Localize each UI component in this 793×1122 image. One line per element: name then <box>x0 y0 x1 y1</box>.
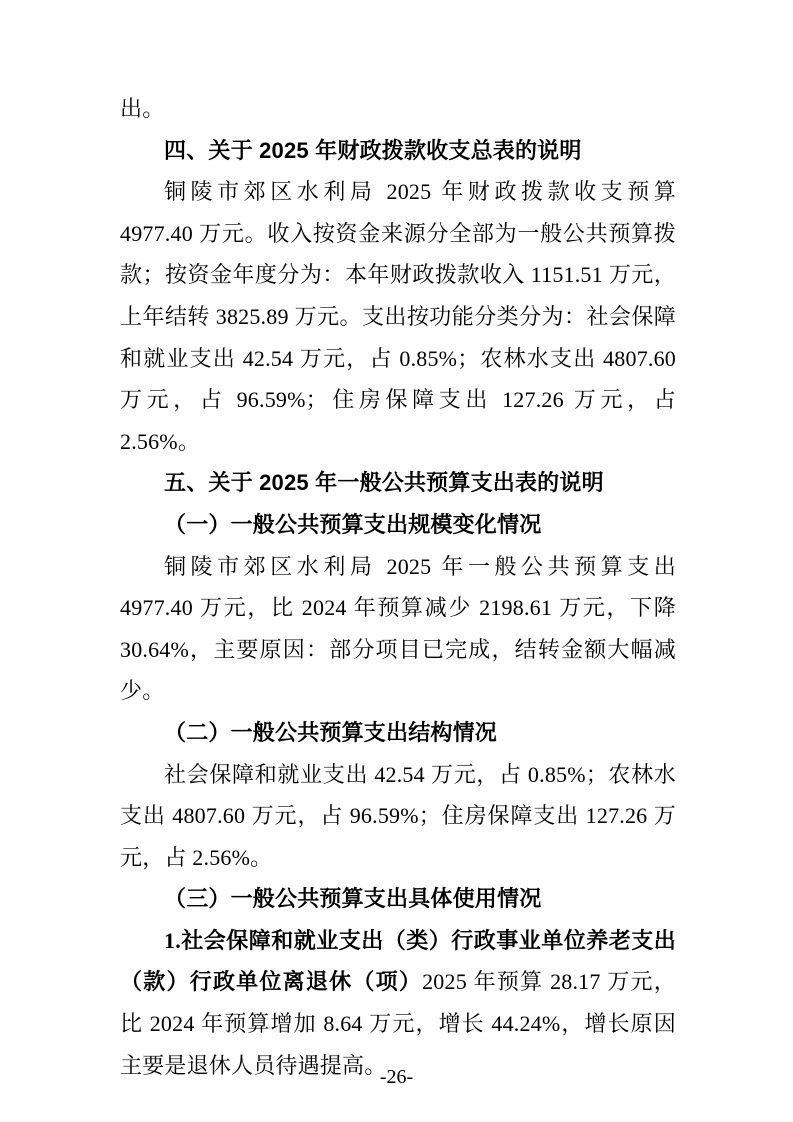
paragraph-pension-expenditure-detail: 1.社会保障和就业支出（类）行政事业单位养老支出（款）行政单位离退休（项）202… <box>120 920 676 1086</box>
page-footer: -26- <box>0 1064 793 1090</box>
document-body: 出。 四、关于 2025 年财政拨款收支总表的说明 铜陵市郊区水利局 2025 … <box>120 88 676 1086</box>
paragraph-fiscal-allocation-summary: 铜陵市郊区水利局 2025 年财政拨款收支预算 4977.40 万元。收入按资金… <box>120 171 676 462</box>
page-number: -26- <box>380 1066 413 1088</box>
subsection-heading-5-1: （一）一般公共预算支出规模变化情况 <box>120 504 676 546</box>
subsection-heading-5-3: （三）一般公共预算支出具体使用情况 <box>120 878 676 920</box>
section-heading-5: 五、关于 2025 年一般公共预算支出表的说明 <box>120 462 676 504</box>
subsection-heading-5-2: （二）一般公共预算支出结构情况 <box>120 712 676 754</box>
paragraph-expenditure-scale: 铜陵市郊区水利局 2025 年一般公共预算支出 4977.40 万元，比 202… <box>120 546 676 712</box>
section-heading-4: 四、关于 2025 年财政拨款收支总表的说明 <box>120 130 676 172</box>
paragraph-continuation: 出。 <box>120 88 676 130</box>
paragraph-expenditure-structure: 社会保障和就业支出 42.54 万元，占 0.85%；农林水支出 4807.60… <box>120 754 676 879</box>
document-page: 出。 四、关于 2025 年财政拨款收支总表的说明 铜陵市郊区水利局 2025 … <box>0 0 793 1122</box>
